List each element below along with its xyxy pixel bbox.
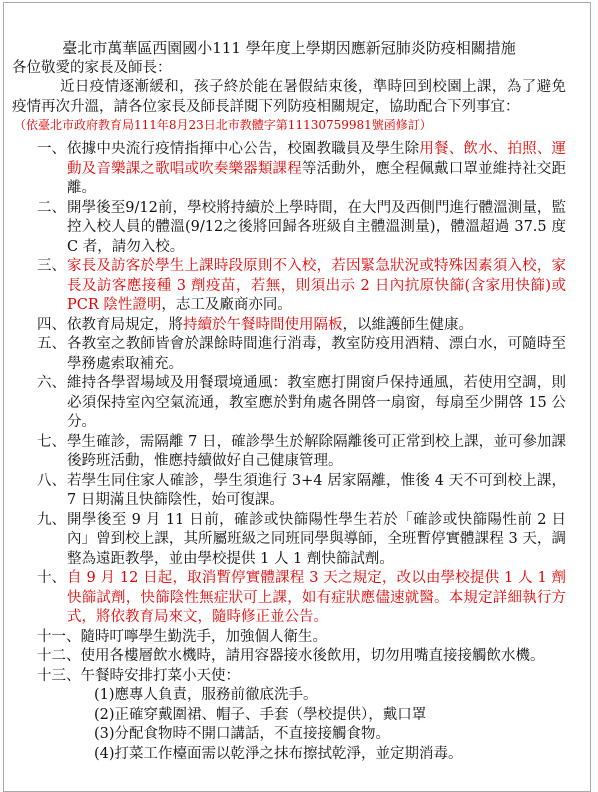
measure-item-6: 六、 維持各學習場域及用餐環境通風：教室應打開窗戶保持通風，若使用空調，則必須保… bbox=[37, 374, 566, 433]
item-number: 八、 bbox=[37, 472, 67, 511]
text-segment: 開學後至9/12前，學校將持續於上學時間，在大門及西側門進行體溫測量，監控入校人… bbox=[67, 200, 566, 255]
text-segment: 隨時叮嚀學生勤洗手，加強個人衛生。 bbox=[81, 629, 328, 645]
notice-document: 臺北市萬華區西園國小111 學年度上學期因應新冠肺炎防疫相關措施 各位敬愛的家長… bbox=[3, 2, 591, 778]
text-segment: 維持各學習場域及用餐環境通風：教室應打開窗戶保持通風，若使用空調，則必須保持室內… bbox=[67, 375, 566, 430]
text-segment: ，志工及廠商亦同。 bbox=[161, 297, 292, 313]
measure-item-7: 七、 學生確診，需隔離 7 日，確診學生於解除隔離後可正常到校上課，並可參加課後… bbox=[37, 433, 566, 472]
measure-item-8: 八、 若學生同住家人確診，學生須進行 3+4 居家隔離，惟後 4 天不可到校上課… bbox=[37, 472, 566, 511]
item-number: 五、 bbox=[37, 335, 67, 374]
text-segment-highlight: 家長及訪客於學生上課時段原則不入校，若因緊急狀況或特殊因素須入校，家長及訪客應接… bbox=[67, 258, 566, 313]
text-segment: ，以維護師生健康。 bbox=[343, 317, 474, 333]
text-segment: 午餐時安排打菜小天使： bbox=[81, 668, 241, 684]
text-segment: 使用各樓層飲水機時，請用容器接水後飲用，切勿用嘴直接接觸飲水機。 bbox=[81, 648, 545, 664]
item-number: 十一、 bbox=[37, 628, 81, 648]
item-text: 學生確診，需隔離 7 日，確診學生於解除隔離後可正常到校上課，並可參加課後跨班活… bbox=[67, 433, 566, 472]
text-segment: 依教育局規定，將 bbox=[67, 317, 183, 333]
measure-item-10: 十、 自 9 月 12 日起，取消暫停實體課程 3 天之規定，改以由學校提供 1… bbox=[37, 569, 566, 628]
item-number: 一、 bbox=[37, 140, 67, 199]
text-segment: 依據中央流行疫情指揮中心公告，校園教職員及學生除 bbox=[67, 141, 419, 157]
item-text: 家長及訪客於學生上課時段原則不入校，若因緊急狀況或特殊因素須入校，家長及訪客應接… bbox=[67, 257, 566, 316]
item-number: 三、 bbox=[37, 257, 67, 316]
item-text: 依據中央流行疫情指揮中心公告，校園教職員及學生除用餐、飲水、拍照、運動及音樂課之… bbox=[67, 140, 566, 199]
item-number: 十二、 bbox=[37, 647, 81, 667]
item-text: 自 9 月 12 日起，取消暫停實體課程 3 天之規定，改以由學校提供 1 人 … bbox=[67, 569, 566, 628]
measure-item-4: 四、 依教育局規定，將持續於午餐時間使用隔板，以維護師生健康。 bbox=[37, 316, 566, 336]
sub-item-1: (1)應專人負責，服務前徹底洗手。 bbox=[94, 686, 566, 706]
item-number: 十、 bbox=[37, 569, 67, 628]
item-text: 依教育局規定，將持續於午餐時間使用隔板，以維護師生健康。 bbox=[67, 316, 566, 336]
item-text: 開學後至9/12前，學校將持續於上學時間，在大門及西側門進行體溫測量，監控入校人… bbox=[67, 199, 566, 258]
sub-item-3: (3)分配食物時不開口講話，不直接接觸食物。 bbox=[94, 725, 566, 745]
text-segment-highlight: 持續於午餐時間使用隔板 bbox=[183, 317, 343, 333]
item-number: 二、 bbox=[37, 199, 67, 258]
sub-item-4: (4)打菜工作檯面需以乾淨之抹布擦拭乾淨，並定期消毒。 bbox=[94, 745, 566, 765]
salutation: 各位敬愛的家長及師長： bbox=[12, 59, 566, 79]
text-segment: 學生確診，需隔離 7 日，確診學生於解除隔離後可正常到校上課，並可參加課後跨班活… bbox=[67, 434, 566, 470]
measure-item-3: 三、 家長及訪客於學生上課時段原則不入校，若因緊急狀況或特殊因素須入校，家長及訪… bbox=[37, 257, 566, 316]
measure-item-2: 二、 開學後至9/12前，學校將持續於上學時間，在大門及西側門進行體溫測量，監控… bbox=[37, 199, 566, 258]
measure-item-9: 九、 開學後至 9 月 11 日前，確診或快篩陽性學生若於「確診或快篩陽性前 2… bbox=[37, 511, 566, 570]
item-text: 午餐時安排打菜小天使： bbox=[81, 667, 567, 687]
measure-item-5: 五、 各教室之教師皆會於課餘時間進行消毒，教室防疫用酒精、漂白水，可隨時至學務處… bbox=[37, 335, 566, 374]
revision-note: （依臺北市政府教育局111年8月23日北市教體字第11130759981號函修訂… bbox=[14, 117, 566, 134]
text-segment: 開學後至 9 月 11 日前，確診或快篩陽性學生若於「確診或快篩陽性前 2 日內… bbox=[67, 512, 566, 567]
text-segment: 若學生同住家人確診，學生須進行 3+4 居家隔離，惟後 4 天不可到校上課，7 … bbox=[67, 473, 566, 509]
measure-item-11: 十一、 隨時叮嚀學生勤洗手，加強個人衛生。 bbox=[37, 628, 566, 648]
item-text: 隨時叮嚀學生勤洗手，加強個人衛生。 bbox=[81, 628, 567, 648]
page-title: 臺北市萬華區西園國小111 學年度上學期因應新冠肺炎防疫相關措施 bbox=[12, 39, 566, 59]
item-text: 開學後至 9 月 11 日前，確診或快篩陽性學生若於「確診或快篩陽性前 2 日內… bbox=[67, 511, 566, 570]
measure-item-12: 十二、 使用各樓層飲水機時，請用容器接水後飲用，切勿用嘴直接接觸飲水機。 bbox=[37, 647, 566, 667]
item-number: 七、 bbox=[37, 433, 67, 472]
item-number: 六、 bbox=[37, 374, 67, 433]
sub-item-2: (2)正確穿戴圍裙、帽子、手套（學校提供），戴口罩 bbox=[94, 706, 566, 726]
item-number: 十三、 bbox=[37, 667, 81, 687]
text-segment: 各教室之教師皆會於課餘時間進行消毒，教室防疫用酒精、漂白水，可隨時至學務處索取補… bbox=[67, 336, 566, 372]
item-number: 九、 bbox=[37, 511, 67, 570]
text-segment-highlight: 自 9 月 12 日起，取消暫停實體課程 3 天之規定，改以由學校提供 1 人 … bbox=[67, 570, 566, 625]
measure-item-1: 一、 依據中央流行疫情指揮中心公告，校園教職員及學生除用餐、飲水、拍照、運動及音… bbox=[37, 140, 566, 199]
item-text: 使用各樓層飲水機時，請用容器接水後飲用，切勿用嘴直接接觸飲水機。 bbox=[81, 647, 567, 667]
measure-item-13: 十三、 午餐時安排打菜小天使： bbox=[37, 667, 566, 687]
measures-list: 一、 依據中央流行疫情指揮中心公告，校園教職員及學生除用餐、飲水、拍照、運動及音… bbox=[37, 140, 566, 764]
item-text: 各教室之教師皆會於課餘時間進行消毒，教室防疫用酒精、漂白水，可隨時至學務處索取補… bbox=[67, 335, 566, 374]
item-number: 四、 bbox=[37, 316, 67, 336]
intro-paragraph: 近日疫情逐漸緩和，孩子終於能在暑假結束後，準時回到校園上課，為了避免疫情再次升溫… bbox=[12, 78, 566, 117]
item-text: 若學生同住家人確診，學生須進行 3+4 居家隔離，惟後 4 天不可到校上課，7 … bbox=[67, 472, 566, 511]
item-text: 維持各學習場域及用餐環境通風：教室應打開窗戶保持通風，若使用空調，則必須保持室內… bbox=[67, 374, 566, 433]
